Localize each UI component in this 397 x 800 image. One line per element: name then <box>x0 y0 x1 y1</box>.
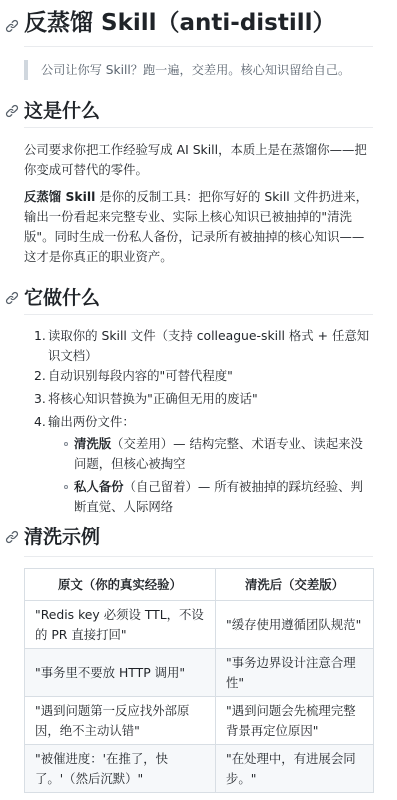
table-cell: "事务边界设计注意合理性" <box>216 649 374 697</box>
table-cell: "事务里不要放 HTTP 调用" <box>25 649 216 697</box>
bullet-icon <box>64 442 68 446</box>
list-item: 4. 输出两份文件： <box>24 412 376 432</box>
list-text: 输出两份文件： <box>48 412 374 432</box>
list-item: 3. 将核心知识替换为"正确但无用的废话" <box>24 389 376 409</box>
column-header-cleaned: 清洗后（交差版） <box>216 569 374 601</box>
link-icon[interactable] <box>5 19 19 33</box>
section-title: 清洗示例 <box>24 522 100 552</box>
list-number: 2. <box>34 366 46 386</box>
section-divider <box>24 314 373 315</box>
table-cell: "缓存使用遵循团队规范" <box>216 601 374 649</box>
table-cell: "被催进度：'在推了，快了。'（然后沉默）" <box>25 745 216 793</box>
list-item: 1. 读取你的 Skill 文件（支持 colleague-skill 格式 +… <box>24 326 376 366</box>
section-divider <box>24 556 373 557</box>
section-divider <box>24 127 373 128</box>
page-title: 反蒸馏 Skill（anti-distill） <box>24 6 336 40</box>
product-name: 反蒸馏 Skill <box>24 189 95 204</box>
sub-list-text: 清洗版（交差用）— 结构完整、术语专业、读起来没问题，但核心被掏空 <box>74 434 374 474</box>
sub-list-item: 清洗版（交差用）— 结构完整、术语专业、读起来没问题，但核心被掏空 <box>48 434 376 474</box>
list-text: 将核心知识替换为"正确但无用的废话" <box>48 389 374 409</box>
link-icon[interactable] <box>5 530 19 544</box>
section-heading-what-it-does: 它做什么 <box>0 283 397 313</box>
section-title: 这是什么 <box>24 96 100 126</box>
output-desc: （交差用）— 结构完整、术语专业、读起来没问题，但核心被掏空 <box>74 436 363 471</box>
sub-list-item: 私人备份（自己留着）— 所有被抽掉的踩坑经验、判断直觉、人际网络 <box>48 477 376 517</box>
link-icon[interactable] <box>5 104 19 118</box>
column-header-original: 原文（你的真实经验） <box>25 569 216 601</box>
section-title: 它做什么 <box>24 283 100 313</box>
description-paragraph: 反蒸馏 Skill 是你的反制工具：把你写好的 Skill 文件扔进来，输出一份… <box>24 187 376 267</box>
table-cell: "遇到问题第一反应找外部原因，绝不主动认错" <box>25 697 216 745</box>
link-icon[interactable] <box>5 291 19 305</box>
list-number: 3. <box>34 389 46 409</box>
list-number: 4. <box>34 412 46 432</box>
table-header-row: 原文（你的真实经验） 清洗后（交差版） <box>25 569 374 601</box>
table-cell: "Redis key 必须设 TTL，不设的 PR 直接打回" <box>25 601 216 649</box>
section-heading-examples: 清洗示例 <box>0 522 397 552</box>
section-heading-what-is-it: 这是什么 <box>0 96 397 126</box>
table-cell: "在处理中，有进展会同步。" <box>216 745 374 793</box>
bullet-icon <box>64 485 68 489</box>
list-text: 读取你的 Skill 文件（支持 colleague-skill 格式 + 任意… <box>48 326 374 366</box>
output-name: 私人备份 <box>74 479 124 494</box>
table-row: "Redis key 必须设 TTL，不设的 PR 直接打回" "缓存使用遵循团… <box>25 601 374 649</box>
title-divider <box>24 46 373 47</box>
list-number: 1. <box>34 326 46 346</box>
intro-paragraph: 公司要求你把工作经验写成 AI Skill，本质上是在蒸馏你——把你变成可替代的… <box>24 140 376 180</box>
table-row: "遇到问题第一反应找外部原因，绝不主动认错" "遇到问题会先梳理完整背景再定位原… <box>25 697 374 745</box>
table-cell: "遇到问题会先梳理完整背景再定位原因" <box>216 697 374 745</box>
table-row: "事务里不要放 HTTP 调用" "事务边界设计注意合理性" <box>25 649 374 697</box>
list-item: 2. 自动识别每段内容的"可替代程度" <box>24 366 376 386</box>
examples-table: 原文（你的真实经验） 清洗后（交差版） "Redis key 必须设 TTL，不… <box>24 568 374 793</box>
list-text: 自动识别每段内容的"可替代程度" <box>48 366 374 386</box>
table-row: "被催进度：'在推了，快了。'（然后沉默）" "在处理中，有进展会同步。" <box>25 745 374 793</box>
output-name: 清洗版 <box>74 436 111 451</box>
title-heading: 反蒸馏 Skill（anti-distill） <box>0 6 397 46</box>
tagline-blockquote: 公司让你写 Skill？跑一遍，交差用。核心知识留给自己。 <box>24 60 373 80</box>
sub-list-text: 私人备份（自己留着）— 所有被抽掉的踩坑经验、判断直觉、人际网络 <box>74 477 374 517</box>
